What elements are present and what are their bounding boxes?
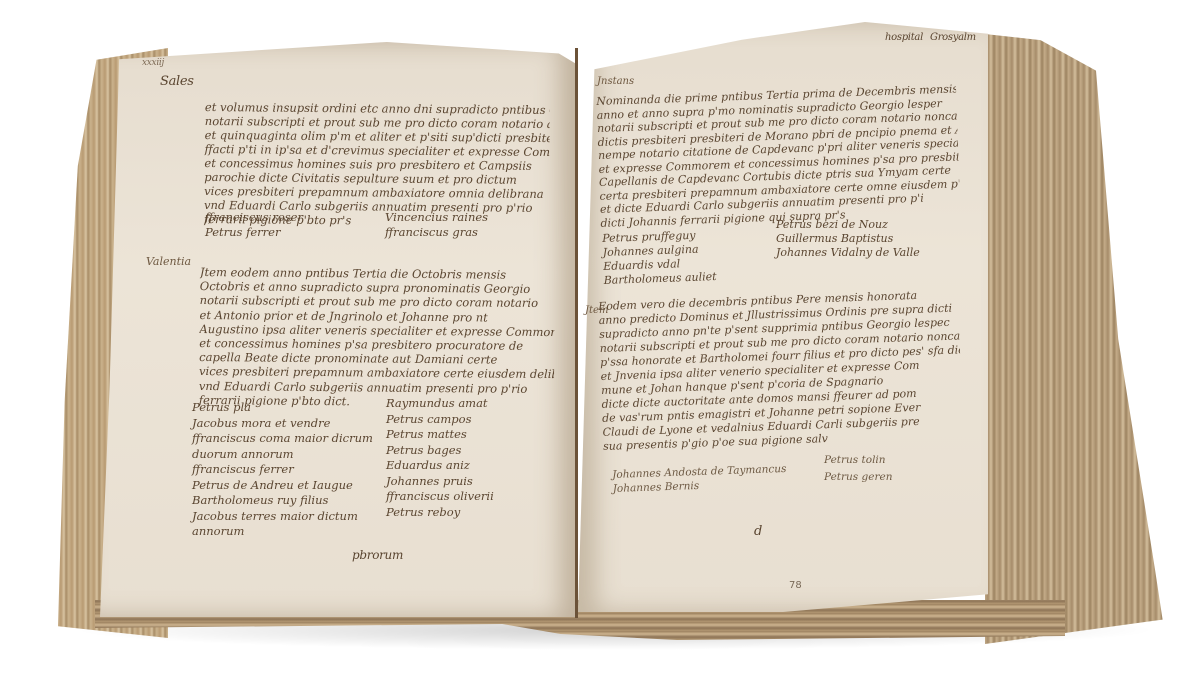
witness-name: Petrus pla xyxy=(192,400,373,416)
right-entry-2: Eodem vero die decembris pntibus Pere me… xyxy=(598,287,963,453)
left-folio-mark: xxxiij xyxy=(142,58,164,68)
right-witnesses-1-right: Petrus bezi de Nouz Guillermus Baptistus… xyxy=(776,218,920,260)
left-witnesses-2-right: Raymundus amat Petrus campos Petrus matt… xyxy=(386,396,494,520)
witness-name: Eduardus aniz xyxy=(386,458,494,474)
right-page-block-edge xyxy=(985,34,1170,644)
witness-name: Guillermus Baptistus xyxy=(776,232,920,246)
witness-name: Petrus reboy xyxy=(386,505,494,521)
witness-name: Jacobus terres maior dictum xyxy=(192,509,373,525)
witness-name: Raymundus amat xyxy=(386,396,494,412)
witness-name: Vincencius raines xyxy=(385,210,488,225)
right-top-mark-1: hospital xyxy=(885,32,923,43)
witness-name: ffranciscus coma maior dicrum xyxy=(192,431,373,447)
witness-name: Petrus campos xyxy=(386,412,494,428)
witness-name: ffranciscus roser xyxy=(205,210,303,225)
left-witnesses-2-left: Petrus pla Jacobus mora et vendre ffranc… xyxy=(192,400,373,540)
witness-name: ffranciscus oliverii xyxy=(386,489,494,505)
right-footer-mark: d xyxy=(754,524,762,539)
witness-name: Johannes Vidalny de Valle xyxy=(776,246,920,260)
witness-name: Petrus bezi de Nouz xyxy=(776,218,920,232)
witness-name: Jacobus mora et vendre xyxy=(192,416,373,432)
left-witnesses-1-left: ffranciscus roser Petrus ferrer xyxy=(205,210,303,240)
witness-name: Petrus bages xyxy=(386,443,494,459)
witness-name: ffranciscus ferrer xyxy=(192,462,373,478)
witness-name: Bartholomeus ruy filius xyxy=(192,493,373,509)
left-top-mark: Sales xyxy=(160,74,194,89)
right-margin-label-1: Jnstans xyxy=(597,76,634,87)
manuscript-photo: xxxiij Sales et volumus insupsit ordini … xyxy=(0,0,1200,675)
right-top-mark-2: Grosyalm xyxy=(930,32,976,43)
witness-name: Johannes pruis xyxy=(386,474,494,490)
witness-name: ffranciscus gras xyxy=(385,225,488,240)
witness-name: duorum annorum xyxy=(192,447,373,463)
left-entry-2: Jtem eodem anno pntibus Tertia die Octob… xyxy=(199,265,555,410)
witness-name: Petrus geren xyxy=(824,469,892,486)
witness-name: Petrus tolin xyxy=(824,452,892,469)
right-witnesses-2-right: Petrus tolin Petrus geren xyxy=(824,452,892,486)
right-witnesses-1-left: Petrus pruffeguy Johannes aulgina Eduard… xyxy=(602,228,717,288)
witness-name: Petrus de Andreu et Iaugue xyxy=(192,478,373,494)
witness-name: Petrus ferrer xyxy=(205,225,303,240)
right-entry-1: Nominanda die prime pntibus Tertia prima… xyxy=(596,82,960,229)
left-footer-mark: pbrorum xyxy=(352,548,403,562)
witness-name: annorum xyxy=(192,524,373,540)
witness-name: Petrus mattes xyxy=(386,427,494,443)
left-margin-label: Valentia xyxy=(146,255,191,268)
page-number: 78 xyxy=(789,580,802,591)
book-gutter xyxy=(575,48,578,618)
left-witnesses-1-right: Vincencius raines ffranciscus gras xyxy=(385,210,488,240)
